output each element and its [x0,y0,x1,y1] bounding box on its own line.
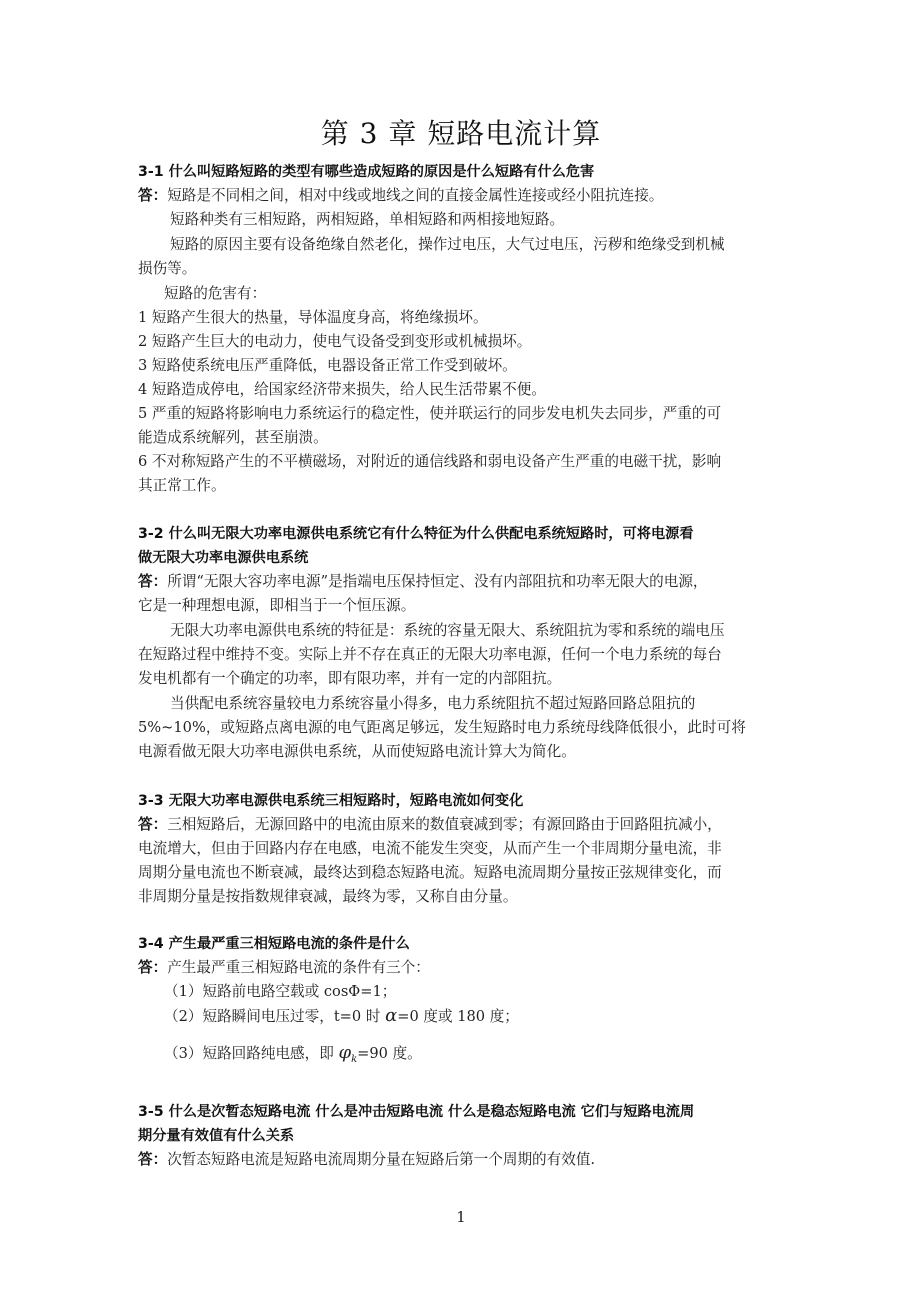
answer-3-1-line: 短路的危害有： [164,284,266,304]
answer-3-2-line: 发电机都有一个确定的功率，即有限功率，并有一定的内部阻抗。 [138,669,561,689]
answer-3-2-line: 5%~10%，或短路点离电源的电气距离足够远，发生短路时电力系统母线降低很小，此… [138,718,746,738]
question-3-3: 3-3 无限大功率电源供电系统三相短路时，短路电流如何变化 [138,791,523,811]
condition-1: （1）短路前电路空载或 cosΦ=1； [164,982,396,1002]
answer-label: 答： [138,816,167,833]
answer-label: 答： [138,959,167,976]
answer-3-2-line: 当供配电系统容量较电力系统容量小得多，电力系统阻抗不超过短路回路总阻抗的 [170,694,695,714]
phi-symbol: φ [338,1042,351,1063]
answer-label: 答： [138,1151,167,1168]
harm-item: 3 短路使系统电压严重降低，电器设备正常工作受到破坏。 [138,356,517,376]
answer-3-2-line: 它是一种理想电源，即相当于一个恒压源。 [138,596,415,616]
harm-item: 6 不对称短路产生的不平横磁场，对附近的通信线路和弱电设备产生严重的电磁干扰，影… [138,452,721,472]
harm-item: 1 短路产生很大的热量，导体温度身高，将绝缘损坏。 [138,308,488,328]
condition-3: （3）短路回路纯电感，即 φk=90 度。 [164,1043,422,1070]
question-3-2: 做无限大功率电源供电系统 [138,548,308,568]
answer-3-3-line: 非周期分量是按指数规律衰减，最终为零，又称自由分量。 [138,887,517,907]
question-3-4: 3-4 产生最严重三相短路电流的条件是什么 [138,934,410,954]
harm-item: 5 严重的短路将影响电力系统运行的稳定性，使并联运行的同步发电机失去同步，严重的… [138,404,721,424]
question-3-1: 3-1 什么叫短路短路的类型有哪些造成短路的原因是什么短路有什么危害 [138,162,594,182]
answer-3-2-line: 在短路过程中维持不变。实际上并不存在真正的无限大功率电源，任何一个电力系统的每台 [138,645,722,665]
chapter-title: 第 3 章 短路电流计算 [138,116,784,152]
condition-2: （2）短路瞬间电压过零，t=0 时 α=0 度或 180 度； [164,1006,519,1027]
harm-item: 其正常工作。 [138,476,226,496]
question-3-5: 3-5 什么是次暂态短路电流 什么是冲击短路电流 什么是稳态短路电流 它们与短路… [138,1102,694,1122]
alpha-symbol: α [385,1005,397,1026]
harm-item: 2 短路产生巨大的电动力，使电气设备受到变形或机械损坏。 [138,332,531,352]
answer-3-1-line: 短路种类有三相短路，两相短路，单相短路和两相接地短路。 [170,210,564,230]
answer-3-1-line: 答：短路是不同相之间，相对中线或地线之间的直接金属性连接或经小阻抗连接。 [138,186,663,206]
answer-label: 答： [138,187,167,204]
harm-item: 能造成系统解列，甚至崩溃。 [138,428,328,448]
question-3-5: 期分量有效值有什么关系 [138,1126,294,1146]
answer-3-1-line: 短路的原因主要有设备绝缘自然老化，操作过电压，大气过电压，污秽和绝缘受到机械 [170,235,725,255]
answer-3-2-line: 无限大功率电源供电系统的特征是：系统的容量无限大、系统阻抗为零和系统的端电压 [170,621,725,641]
answer-label: 答： [138,573,167,590]
answer-3-4-line: 答：产生最严重三相短路电流的条件有三个： [138,958,430,978]
answer-3-3-line: 电流增大，但由于回路内存在电感，电流不能发生突变，从而产生一个非周期分量电流，非 [138,839,722,859]
page-number: 1 [138,1208,784,1226]
answer-3-1-line: 损伤等。 [138,259,196,279]
answer-3-2-line: 电源看做无限大功率电源供电系统，从而使短路电流计算大为简化。 [138,742,576,762]
answer-3-5-line: 答：次暂态短路电流是短路电流周期分量在短路后第一个周期的有效值. [138,1150,595,1170]
answer-3-2-line: 答：所谓“无限大容功率电源”是指端电压保持恒定、没有内部阻抗和功率无限大的电源， [138,572,708,592]
question-3-2: 3-2 什么叫无限大功率电源供电系统它有什么特征为什么供配电系统短路时，可将电源… [138,524,694,544]
harm-item: 4 短路造成停电，给国家经济带来损失，给人民生活带累不便。 [138,380,546,400]
answer-3-3-line: 答：三相短路后，无源回路中的电流由原来的数值衰减到零；有源回路由于回路阻抗减小， [138,815,722,835]
answer-3-3-line: 周期分量电流也不断衰减，最终达到稳态短路电流。短路电流周期分量按正弦规律变化，而 [138,863,722,883]
